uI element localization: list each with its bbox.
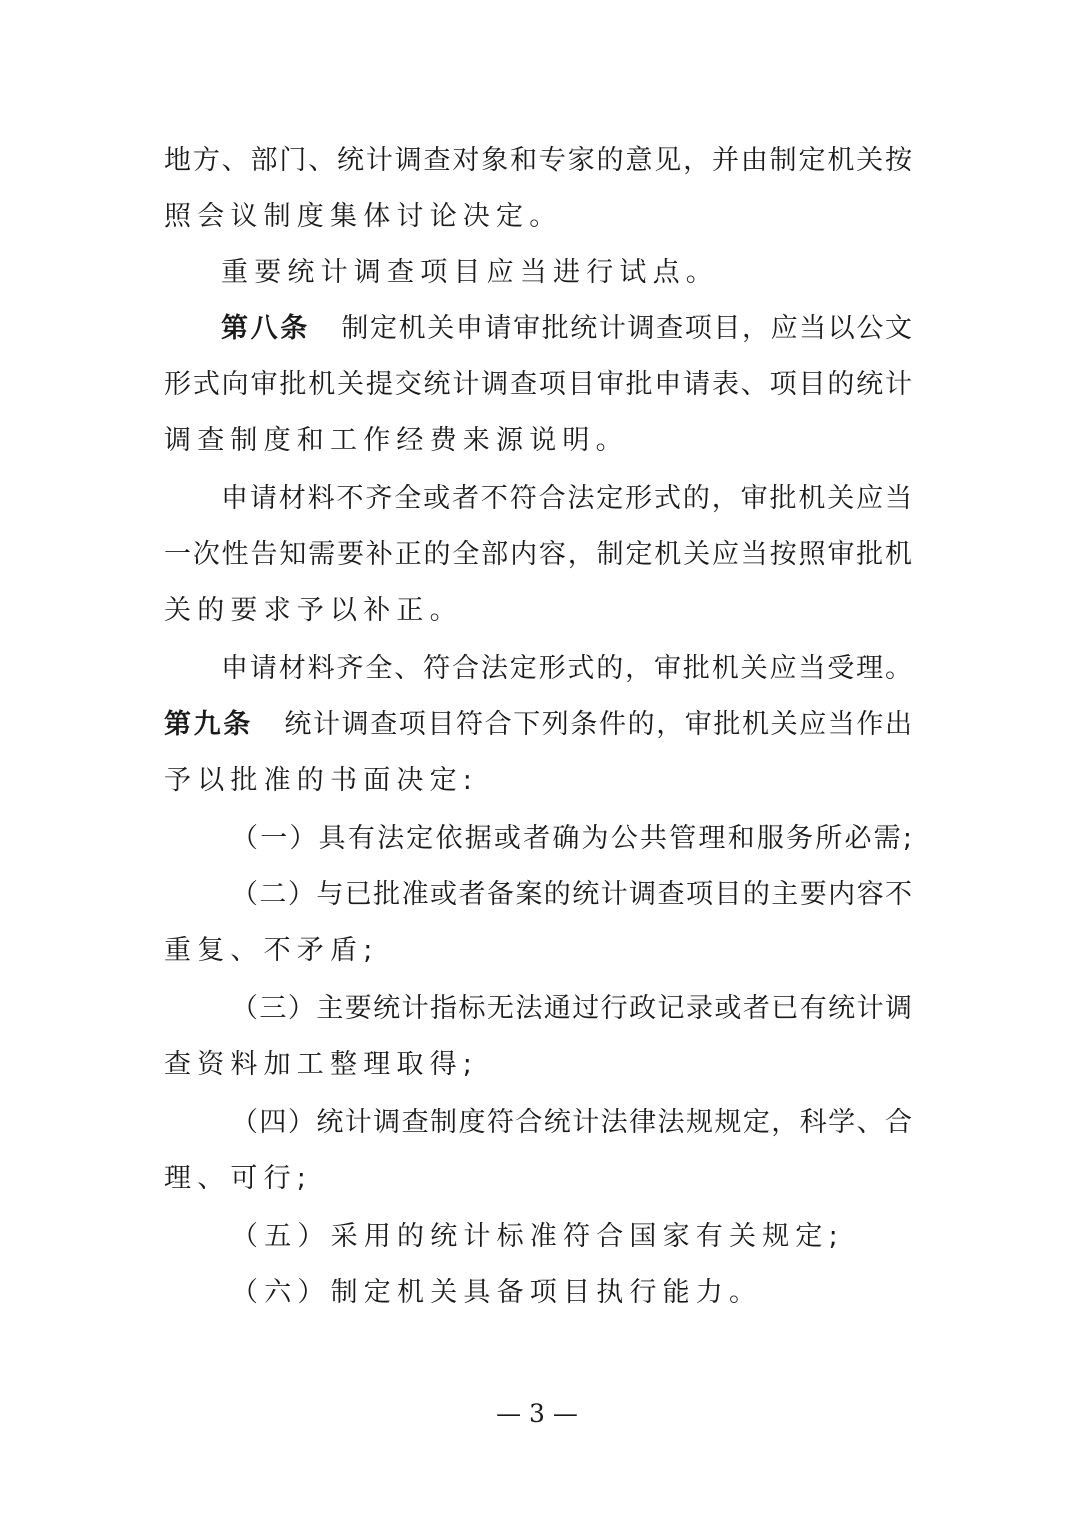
article-9-heading: 第九条 (164, 709, 253, 740)
page-number: — 3 — (0, 1399, 1074, 1428)
paragraph-line: 关的要求予以补正。 (164, 593, 912, 629)
paragraph-line: 申请材料齐全、符合法定形式的，审批机关应当受理。 (221, 651, 912, 687)
article-9-text: 统计调查项目符合下列条件的，审批机关应当作出 (283, 709, 912, 740)
list-item-continuation: 理、可行; (164, 1161, 912, 1197)
list-item: （三）主要统计指标无法通过行政记录或者已有统计调 (231, 991, 912, 1027)
list-item: （一）具有法定依据或者确为公共管理和服务所必需; (231, 821, 912, 857)
list-item: （四）统计调查制度符合统计法律法规规定，科学、合 (231, 1105, 912, 1141)
document-page: 地方、部门、统计调查对象和专家的意见，并由制定机关按 照会议制度集体讨论决定。 … (0, 0, 1074, 1520)
paragraph-line: 形式向审批机关提交统计调查项目审批申请表、项目的统计 (164, 367, 912, 403)
list-item: （二）与已批准或者备案的统计调查项目的主要内容不 (231, 877, 912, 913)
list-item-label: （一） (231, 823, 319, 854)
list-item-label: （六） (231, 1277, 331, 1308)
article-8-line: 第八条制定机关申请审批统计调查项目，应当以公文 (221, 311, 912, 347)
paragraph-line: 申请材料不齐全或者不符合法定形式的，审批机关应当 (221, 481, 912, 517)
article-9-line: 第九条统计调查项目符合下列条件的，审批机关应当作出 (164, 707, 912, 743)
list-item: （五）采用的统计标准符合国家有关规定; (231, 1219, 979, 1255)
paragraph-line: 照会议制度集体讨论决定。 (164, 199, 912, 235)
paragraph-line: 重要统计调查项目应当进行试点。 (221, 255, 969, 291)
article-8-text: 制定机关申请审批统计调查项目，应当以公文 (340, 313, 912, 344)
list-item-label: （四） (231, 1107, 316, 1138)
list-item-continuation: 重复、不矛盾; (164, 933, 912, 969)
paragraph-line: 一次性告知需要补正的全部内容，制定机关应当按照审批机 (164, 537, 912, 573)
list-item-label: （二） (231, 879, 316, 910)
paragraph-line: 调查制度和工作经费来源说明。 (164, 423, 912, 459)
list-item: （六）制定机关具备项目执行能力。 (231, 1275, 979, 1311)
paragraph-line: 地方、部门、统计调查对象和专家的意见，并由制定机关按 (164, 143, 912, 179)
list-item-continuation: 查资料加工整理取得; (164, 1047, 912, 1083)
list-item-label: （五） (231, 1221, 331, 1252)
paragraph-line: 予以批准的书面决定: (164, 763, 912, 799)
list-item-label: （三） (231, 993, 316, 1024)
article-8-heading: 第八条 (221, 313, 310, 344)
